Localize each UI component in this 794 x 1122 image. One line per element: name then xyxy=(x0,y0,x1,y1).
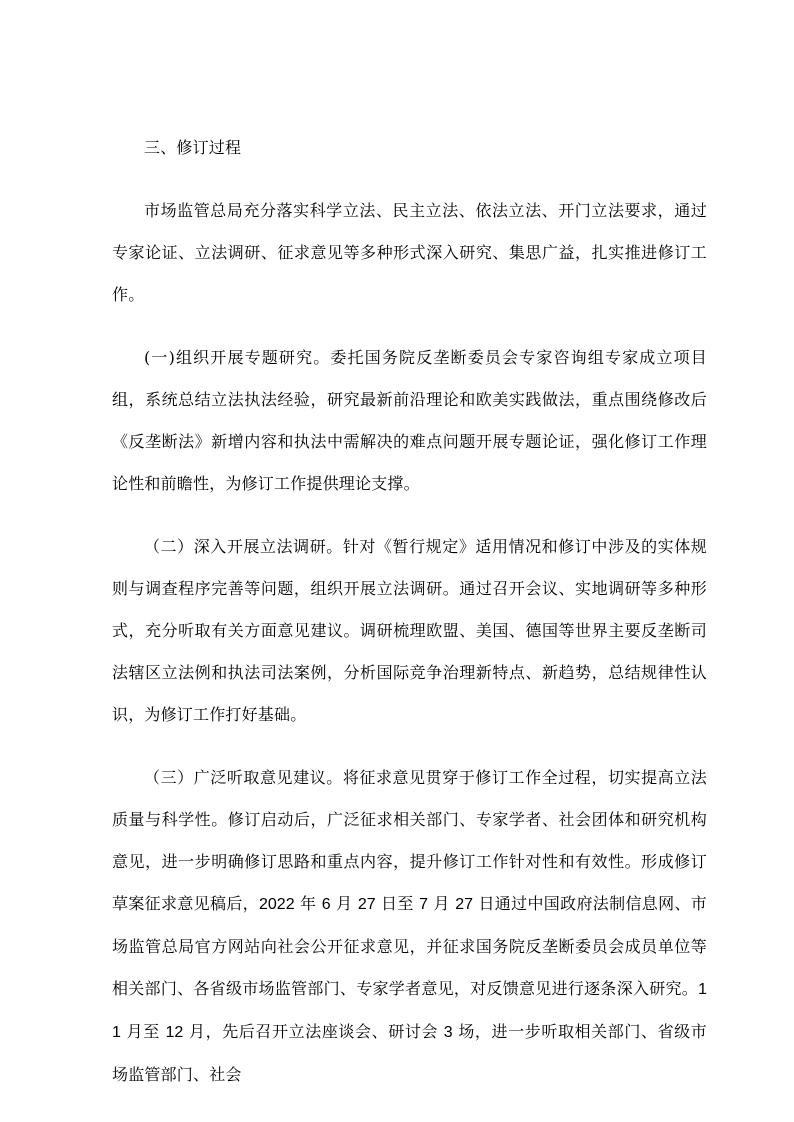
document-body: 三、修订过程 市场监管总局充分落实科学立法、民主立法、依法立法、开门立法要求，通… xyxy=(112,127,707,1096)
paragraph-item-1-special-research: (一)组织开展专题研究。委托国务院反垄断委员会专家咨询组专家成立项目组，系统总结… xyxy=(112,337,707,505)
section-heading-revision-process: 三、修订过程 xyxy=(112,127,707,169)
document-page: 三、修订过程 市场监管总局充分落实科学立法、民主立法、依法立法、开门立法要求，通… xyxy=(0,0,794,1122)
paragraph-item-2-legislative-survey: （二）深入开展立法调研。针对《暂行规定》适用情况和修订中涉及的实体规则与调查程序… xyxy=(112,526,707,736)
paragraph-intro: 市场监管总局充分落实科学立法、民主立法、依法立法、开门立法要求，通过专家论证、立… xyxy=(112,190,707,316)
paragraph-item-3-soliciting-opinions: （三）广泛听取意见建议。将征求意见贯穿于修订工作全过程，切实提高立法质量与科学性… xyxy=(112,757,707,1096)
